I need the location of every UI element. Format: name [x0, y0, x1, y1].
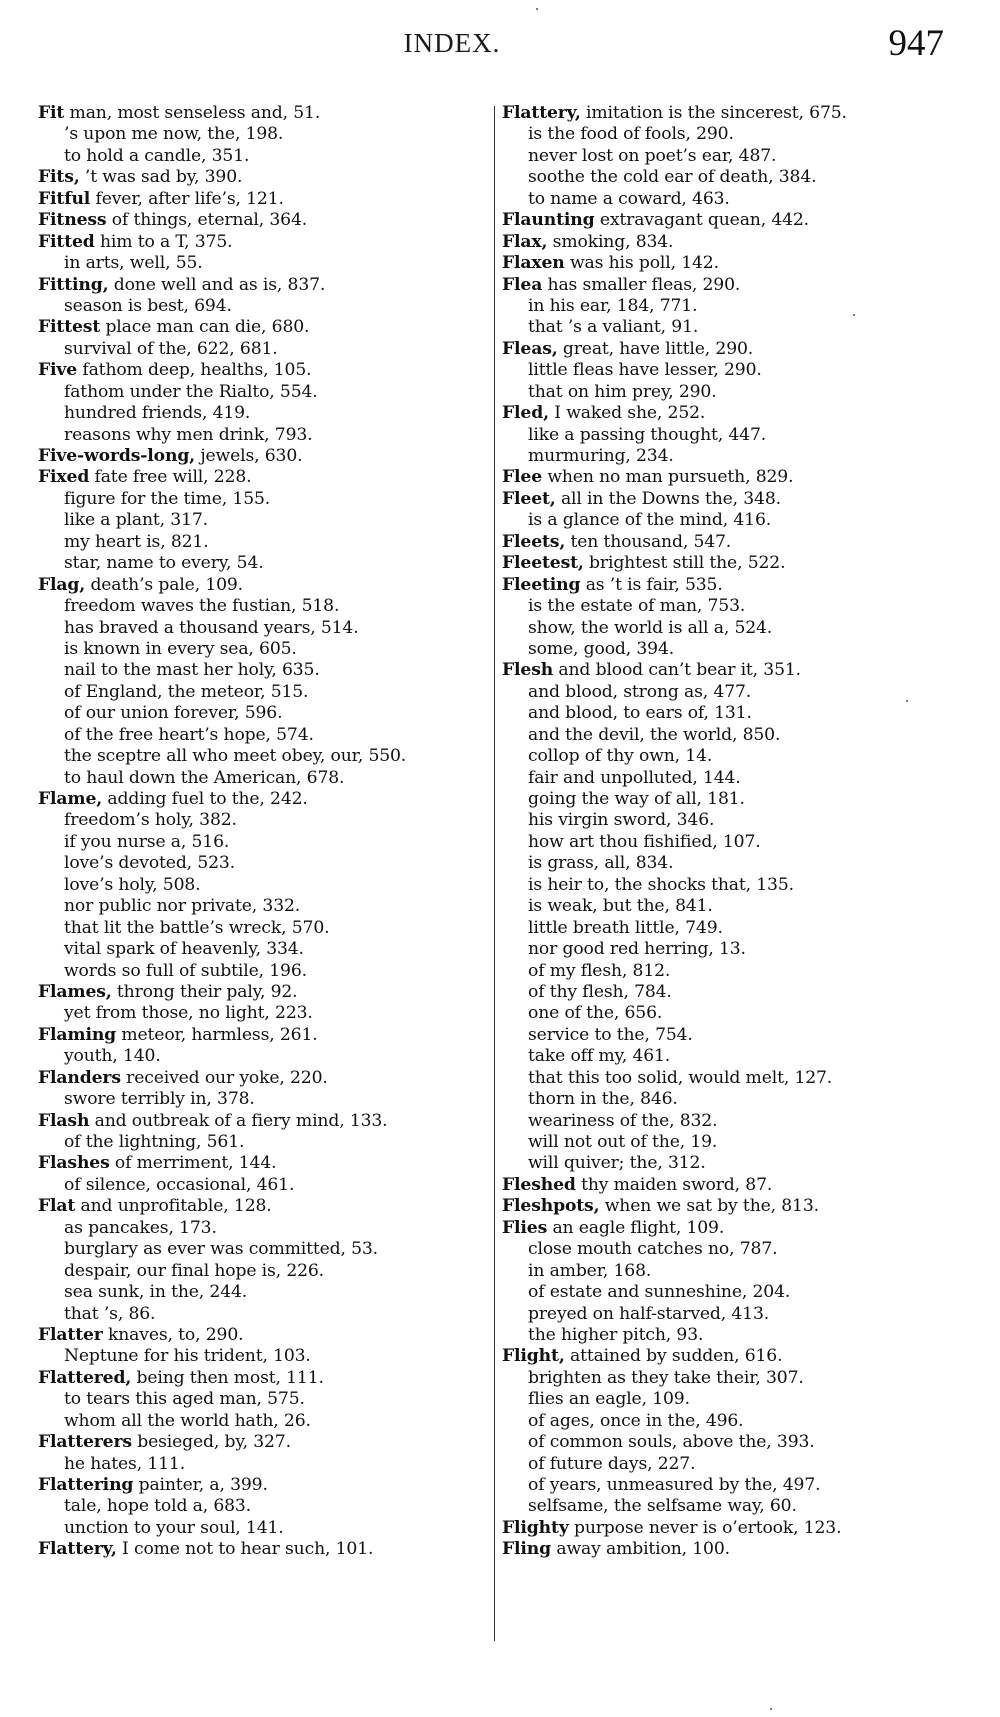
index-entry: Flames, throng their paly, 92. [38, 982, 488, 1003]
index-subentry: freedom’s holy, 382. [38, 810, 488, 831]
entry-headword: Flea [502, 275, 542, 295]
entry-headword: Fit [38, 103, 64, 123]
index-subentry: tale, hope told a, 683. [38, 1496, 488, 1517]
index-entry: Five fathom deep, healths, 105. [38, 360, 488, 381]
entry-text: great, have little, 290. [558, 339, 754, 359]
index-subentry: figure for the time, 155. [38, 489, 488, 510]
entry-text: as ’t is fair, 535. [580, 575, 722, 595]
index-subentry: flies an eagle, 109. [502, 1389, 962, 1410]
index-subentry: in amber, 168. [502, 1261, 962, 1282]
entry-headword: Flight, [502, 1346, 565, 1366]
entry-headword: Flashes [38, 1153, 110, 1173]
index-subentry: yet from those, no light, 223. [38, 1003, 488, 1024]
entry-headword: Flaxen [502, 253, 565, 273]
entry-text: man, most senseless and, 51. [64, 103, 320, 123]
entry-text: smoking, 834. [547, 232, 673, 252]
entry-text: of things, eternal, 364. [106, 210, 307, 230]
index-entry: Fleet, all in the Downs the, 348. [502, 489, 962, 510]
index-subentry: nor public nor private, 332. [38, 896, 488, 917]
index-subentry: vital spark of heavenly, 334. [38, 939, 488, 960]
print-speck [536, 8, 538, 10]
index-entry: Fit man, most senseless and, 51. [38, 103, 488, 124]
index-subentry: of my flesh, 812. [502, 961, 962, 982]
index-subentry: hundred friends, 419. [38, 403, 488, 424]
entry-headword: Fleets, [502, 532, 565, 552]
index-subentry: love’s holy, 508. [38, 875, 488, 896]
index-subentry: of thy flesh, 784. [502, 982, 962, 1003]
entry-text: and outbreak of a fiery mind, 133. [89, 1111, 387, 1131]
index-subentry: soothe the cold ear of death, 384. [502, 167, 962, 188]
page-header: INDEX. 947 [0, 22, 1000, 72]
index-subentry: sea sunk, in the, 244. [38, 1282, 488, 1303]
print-speck [853, 314, 855, 316]
entry-text: and blood can’t bear it, 351. [553, 660, 801, 680]
index-entry: Fleas, great, have little, 290. [502, 339, 962, 360]
entry-headword: Fleeting [502, 575, 580, 595]
index-entry: Flee when no man pursueth, 829. [502, 467, 962, 488]
entry-headword: Flattery, [38, 1539, 117, 1559]
entry-text: meteor, harmless, 261. [116, 1025, 318, 1045]
index-subentry: to haul down the American, 678. [38, 768, 488, 789]
index-subentry: service to the, 754. [502, 1025, 962, 1046]
index-subentry: of the lightning, 561. [38, 1132, 488, 1153]
index-entry: Flanders received our yoke, 220. [38, 1068, 488, 1089]
index-entry: Flies an eagle flight, 109. [502, 1218, 962, 1239]
index-subentry: is heir to, the shocks that, 135. [502, 875, 962, 896]
index-subentry: reasons why men drink, 793. [38, 425, 488, 446]
index-entry: Fleetest, brightest still the, 522. [502, 553, 962, 574]
index-subentry: that ’s, 86. [38, 1304, 488, 1325]
index-subentry: of future days, 227. [502, 1454, 962, 1475]
index-subentry: and the devil, the world, 850. [502, 725, 962, 746]
index-subentry: he hates, 111. [38, 1454, 488, 1475]
index-subentry: is grass, all, 834. [502, 853, 962, 874]
index-subentry: thorn in the, 846. [502, 1089, 962, 1110]
index-entry: Flag, death’s pale, 109. [38, 575, 488, 596]
index-subentry: is the estate of man, 753. [502, 596, 962, 617]
entry-text: purpose never is o’ertook, 123. [569, 1518, 842, 1538]
entry-headword: Fleshpots, [502, 1196, 599, 1216]
entry-text: of merriment, 144. [110, 1153, 277, 1173]
entry-text: brightest still the, 522. [584, 553, 786, 573]
entry-text: away ambition, 100. [551, 1539, 730, 1559]
index-subentry: selfsame, the selfsame way, 60. [502, 1496, 962, 1517]
entry-headword: Flatter [38, 1325, 103, 1345]
entry-headword: Flame, [38, 789, 102, 809]
index-entry: Flatterers besieged, by, 327. [38, 1432, 488, 1453]
index-entry: Fleets, ten thousand, 547. [502, 532, 962, 553]
index-entry: Fled, I waked she, 252. [502, 403, 962, 424]
index-entry: Flashes of merriment, 144. [38, 1153, 488, 1174]
entry-text: fever, after life’s, 121. [90, 189, 284, 209]
entry-text: when we sat by the, 813. [599, 1196, 819, 1216]
index-subentry: close mouth catches no, 787. [502, 1239, 962, 1260]
index-subentry: murmuring, 234. [502, 446, 962, 467]
index-subentry: season is best, 694. [38, 296, 488, 317]
entry-headword: Flanders [38, 1068, 121, 1088]
entry-headword: Five-words-long, [38, 446, 195, 466]
index-subentry: will quiver; the, 312. [502, 1153, 962, 1174]
index-subentry: like a plant, 317. [38, 510, 488, 531]
index-subentry: if you nurse a, 516. [38, 832, 488, 853]
index-subentry: is the food of fools, 290. [502, 124, 962, 145]
index-entry: Fleshed thy maiden sword, 87. [502, 1175, 962, 1196]
index-subentry: take off my, 461. [502, 1046, 962, 1067]
entry-headword: Flat [38, 1196, 75, 1216]
index-subentry: Neptune for his trident, 103. [38, 1346, 488, 1367]
entry-text: fate free will, 228. [89, 467, 251, 487]
entry-headword: Fled, [502, 403, 549, 423]
index-subentry: weariness of the, 832. [502, 1111, 962, 1132]
index-subentry: will not out of the, 19. [502, 1132, 962, 1153]
index-subentry: and blood, strong as, 477. [502, 682, 962, 703]
entry-headword: Fits, [38, 167, 80, 187]
entry-headword: Fixed [38, 467, 89, 487]
entry-text: being then most, 111. [131, 1368, 324, 1388]
index-subentry: survival of the, 622, 681. [38, 339, 488, 360]
entry-headword: Five [38, 360, 77, 380]
entry-headword: Flash [38, 1111, 89, 1131]
index-entry: Flighty purpose never is o’ertook, 123. [502, 1518, 962, 1539]
entry-text: thy maiden sword, 87. [576, 1175, 772, 1195]
entry-headword: Flag, [38, 575, 85, 595]
index-subentry: as pancakes, 173. [38, 1218, 488, 1239]
index-subentry: little fleas have lesser, 290. [502, 360, 962, 381]
print-speck [906, 700, 908, 702]
entry-headword: Flatterers [38, 1432, 132, 1452]
entry-headword: Fling [502, 1539, 551, 1559]
index-subentry: freedom waves the fustian, 518. [38, 596, 488, 617]
index-entry: Flesh and blood can’t bear it, 351. [502, 660, 962, 681]
index-entry: Flatter knaves, to, 290. [38, 1325, 488, 1346]
index-entry: Fleshpots, when we sat by the, 813. [502, 1196, 962, 1217]
index-subentry: of ages, once in the, 496. [502, 1411, 962, 1432]
index-subentry: of the free heart’s hope, 574. [38, 725, 488, 746]
index-subentry: how art thou fishified, 107. [502, 832, 962, 853]
entry-text: him to a T, 375. [95, 232, 233, 252]
index-subentry: of our union forever, 596. [38, 703, 488, 724]
index-entry: Fixed fate free will, 228. [38, 467, 488, 488]
print-speck [770, 1708, 772, 1710]
entry-text: fathom deep, healths, 105. [77, 360, 311, 380]
entry-text: has smaller fleas, 290. [542, 275, 740, 295]
index-subentry: some, good, 394. [502, 639, 962, 660]
index-entry: Flash and outbreak of a fiery mind, 133. [38, 1111, 488, 1132]
index-subentry: preyed on half-starved, 413. [502, 1304, 962, 1325]
index-subentry: burglary as ever was committed, 53. [38, 1239, 488, 1260]
entry-text: all in the Downs the, 348. [556, 489, 781, 509]
index-entry: Fitted him to a T, 375. [38, 232, 488, 253]
entry-headword: Flies [502, 1218, 547, 1238]
index-subentry: to hold a candle, 351. [38, 146, 488, 167]
entry-text: attained by sudden, 616. [565, 1346, 783, 1366]
entry-text: an eagle flight, 109. [547, 1218, 724, 1238]
index-subentry: of years, unmeasured by the, 497. [502, 1475, 962, 1496]
entry-headword: Fitting, [38, 275, 108, 295]
index-entry: Flat and unprofitable, 128. [38, 1196, 488, 1217]
index-subentry: nor good red herring, 13. [502, 939, 962, 960]
index-subentry: the sceptre all who meet obey, our, 550. [38, 746, 488, 767]
index-subentry: fathom under the Rialto, 554. [38, 382, 488, 403]
running-title-text: INDEX. [404, 28, 501, 58]
index-entry: Flattered, being then most, 111. [38, 1368, 488, 1389]
index-entry: Five-words-long, jewels, 630. [38, 446, 488, 467]
index-subentry: unction to your soul, 141. [38, 1518, 488, 1539]
index-entry: Flight, attained by sudden, 616. [502, 1346, 962, 1367]
index-subentry: that lit the battle’s wreck, 570. [38, 918, 488, 939]
index-entry: Fitting, done well and as is, 837. [38, 275, 488, 296]
index-subentry: star, name to every, 54. [38, 553, 488, 574]
index-subentry: despair, our final hope is, 226. [38, 1261, 488, 1282]
index-subentry: whom all the world hath, 26. [38, 1411, 488, 1432]
index-entry: Flea has smaller fleas, 290. [502, 275, 962, 296]
entry-text: and unprofitable, 128. [75, 1196, 271, 1216]
index-entry: Flattery, I come not to hear such, 101. [38, 1539, 488, 1560]
index-subentry: the higher pitch, 93. [502, 1325, 962, 1346]
index-subentry: is a glance of the mind, 416. [502, 510, 962, 531]
entry-text: when no man pursueth, 829. [542, 467, 793, 487]
index-subentry: nail to the mast her holy, 635. [38, 660, 488, 681]
index-column-left: Fit man, most senseless and, 51.’s upon … [38, 103, 488, 1561]
index-entry: Flaxen was his poll, 142. [502, 253, 962, 274]
index-subentry: of common souls, above the, 393. [502, 1432, 962, 1453]
index-subentry: youth, 140. [38, 1046, 488, 1067]
index-subentry: swore terribly in, 378. [38, 1089, 488, 1110]
entry-text: throng their paly, 92. [112, 982, 298, 1002]
index-column-right: Flattery, imitation is the sincerest, 67… [502, 103, 962, 1561]
running-title: INDEX. [0, 28, 1000, 59]
index-subentry: never lost on poet’s ear, 487. [502, 146, 962, 167]
index-entry: Fitful fever, after life’s, 121. [38, 189, 488, 210]
entry-text: adding fuel to the, 242. [102, 789, 308, 809]
index-subentry: that ’s a valiant, 91. [502, 317, 962, 338]
index-subentry: words so full of subtile, 196. [38, 961, 488, 982]
entry-headword: Fleet, [502, 489, 556, 509]
index-entry: Flaming meteor, harmless, 261. [38, 1025, 488, 1046]
index-subentry: ’s upon me now, the, 198. [38, 124, 488, 145]
entry-text: I come not to hear such, 101. [117, 1539, 374, 1559]
index-subentry: that this too solid, would melt, 127. [502, 1068, 962, 1089]
index-subentry: collop of thy own, 14. [502, 746, 962, 767]
index-entry: Flame, adding fuel to the, 242. [38, 789, 488, 810]
index-subentry: is known in every sea, 605. [38, 639, 488, 660]
entry-headword: Flattering [38, 1475, 133, 1495]
entry-text: ’t was sad by, 390. [80, 167, 243, 187]
entry-headword: Flattered, [38, 1368, 131, 1388]
entry-text: death’s pale, 109. [85, 575, 243, 595]
entry-headword: Flames, [38, 982, 112, 1002]
index-subentry: little breath little, 749. [502, 918, 962, 939]
index-entry: Flaunting extravagant quean, 442. [502, 210, 962, 231]
index-subentry: my heart is, 821. [38, 532, 488, 553]
index-subentry: his virgin sword, 346. [502, 810, 962, 831]
entry-headword: Fleshed [502, 1175, 576, 1195]
entry-text: received our yoke, 220. [121, 1068, 328, 1088]
entry-text: place man can die, 680. [100, 317, 309, 337]
entry-text: ten thousand, 547. [565, 532, 731, 552]
entry-headword: Flattery, [502, 103, 581, 123]
entry-headword: Fittest [38, 317, 100, 337]
column-divider [494, 106, 495, 1641]
index-subentry: like a passing thought, 447. [502, 425, 962, 446]
index-entry: Flax, smoking, 834. [502, 232, 962, 253]
page-number: 947 [889, 22, 945, 65]
entry-headword: Fleas, [502, 339, 558, 359]
entry-headword: Fleetest, [502, 553, 584, 573]
entry-text: imitation is the sincerest, 675. [581, 103, 847, 123]
entry-headword: Flaunting [502, 210, 595, 230]
index-subentry: and blood, to ears of, 131. [502, 703, 962, 724]
index-subentry: is weak, but the, 841. [502, 896, 962, 917]
index-entry: Fling away ambition, 100. [502, 1539, 962, 1560]
index-subentry: to name a coward, 463. [502, 189, 962, 210]
index-subentry: one of the, 656. [502, 1003, 962, 1024]
entry-headword: Flesh [502, 660, 553, 680]
entry-headword: Flax, [502, 232, 547, 252]
entry-text: knaves, to, 290. [103, 1325, 244, 1345]
entry-headword: Flee [502, 467, 542, 487]
index-entry: Flattering painter, a, 399. [38, 1475, 488, 1496]
index-subentry: in arts, well, 55. [38, 253, 488, 274]
index-subentry: love’s devoted, 523. [38, 853, 488, 874]
entry-headword: Flaming [38, 1025, 116, 1045]
index-subentry: of England, the meteor, 515. [38, 682, 488, 703]
index-subentry: of silence, occasional, 461. [38, 1175, 488, 1196]
entry-text: painter, a, 399. [133, 1475, 268, 1495]
entry-text: I waked she, 252. [549, 403, 705, 423]
entry-headword: Fitness [38, 210, 106, 230]
index-entry: Flattery, imitation is the sincerest, 67… [502, 103, 962, 124]
index-subentry: brighten as they take their, 307. [502, 1368, 962, 1389]
index-entry: Fittest place man can die, 680. [38, 317, 488, 338]
index-subentry: in his ear, 184, 771. [502, 296, 962, 317]
index-subentry: going the way of all, 181. [502, 789, 962, 810]
entry-headword: Flighty [502, 1518, 569, 1538]
entry-text: was his poll, 142. [565, 253, 719, 273]
entry-headword: Fitful [38, 189, 90, 209]
index-subentry: to tears this aged man, 575. [38, 1389, 488, 1410]
entry-text: besieged, by, 327. [132, 1432, 291, 1452]
index-subentry: show, the world is all a, 524. [502, 618, 962, 639]
index-entry: Fitness of things, eternal, 364. [38, 210, 488, 231]
index-subentry: fair and unpolluted, 144. [502, 768, 962, 789]
index-entry: Fleeting as ’t is fair, 535. [502, 575, 962, 596]
entry-text: done well and as is, 837. [108, 275, 325, 295]
entry-text: extravagant quean, 442. [595, 210, 810, 230]
index-subentry: has braved a thousand years, 514. [38, 618, 488, 639]
index-entry: Fits, ’t was sad by, 390. [38, 167, 488, 188]
entry-headword: Fitted [38, 232, 95, 252]
entry-text: jewels, 630. [195, 446, 302, 466]
index-subentry: that on him prey, 290. [502, 382, 962, 403]
index-subentry: of estate and sunneshine, 204. [502, 1282, 962, 1303]
